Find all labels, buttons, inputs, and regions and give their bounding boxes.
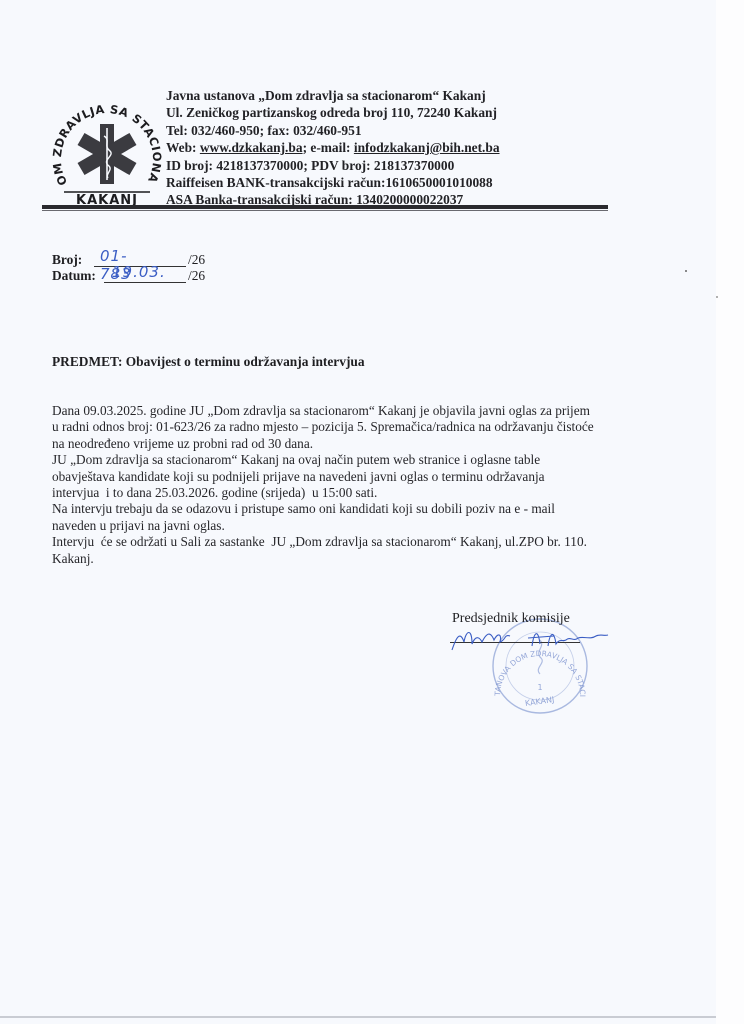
- letterhead: Javna ustanova „Dom zdravlja sa staciona…: [166, 87, 500, 209]
- letter-body: Dana 09.03.2025. godine JU „Dom zdravlja…: [52, 403, 692, 567]
- institution-logo: JU DOM ZDRAVLJA SA STACIONAROM KAKANJ: [44, 88, 170, 210]
- broj-suffix: /26: [188, 252, 205, 268]
- body-line: Dana 09.03.2025. godine JU „Dom zdravlja…: [52, 403, 692, 419]
- body-line: u radni odnos broj: 01-623/26 za radno m…: [52, 419, 692, 435]
- body-line: obavještava kandidate koji su podnijeli …: [52, 469, 692, 485]
- body-line: JU „Dom zdravlja sa stacionarom“ Kakanj …: [52, 452, 692, 468]
- bank-account-raiffeisen: Raiffeisen BANK-transakcijski račun:1610…: [166, 174, 500, 191]
- body-line: na neodređeno vrijeme uz probni rad od 3…: [52, 436, 692, 452]
- datum-suffix: /26: [188, 268, 205, 284]
- scan-speck: [716, 296, 718, 298]
- institution-web-email: Web: www.dzkakanj.ba; e-mail: infodzkaka…: [166, 139, 500, 156]
- web-link[interactable]: www.dzkakanj.ba: [200, 140, 303, 155]
- scan-speck: [685, 270, 687, 272]
- web-label: Web:: [166, 140, 200, 155]
- datum-label: Datum:: [52, 268, 96, 284]
- subject-line: PREDMET: Obavijest o terminu održavanja …: [52, 354, 365, 370]
- datum-handwritten-value: 19.03.: [112, 263, 166, 281]
- header-divider-thin: [42, 210, 608, 211]
- body-line: Na intervju trebaju da se odazovu i pris…: [52, 501, 692, 517]
- body-line: Intervju će se održati u Sali za sastank…: [52, 534, 692, 550]
- body-line: naveden u prijavi na javni oglas.: [52, 518, 692, 534]
- institution-ids: ID broj: 4218137370000; PDV broj: 218137…: [166, 157, 500, 174]
- reference-number: Broj: 01-783 /26: [52, 252, 82, 268]
- header-divider: [42, 205, 608, 209]
- scan-edge-right: [716, 0, 744, 1024]
- star-of-life-icon: [78, 124, 137, 184]
- body-line: intervjua i to dana 25.03.2026. godine (…: [52, 485, 692, 501]
- scan-edge-bottom: [0, 1016, 716, 1018]
- institution-phone: Tel: 032/460-950; fax: 032/460-951: [166, 122, 500, 139]
- body-line: Kakanj.: [52, 551, 692, 567]
- reference-date: Datum: 19.03. /26: [52, 268, 96, 284]
- email-link[interactable]: infodzkakanj@bih.net.ba: [354, 140, 500, 155]
- institution-address: Ul. Zeničkog partizanskog odreda broj 11…: [166, 104, 500, 121]
- broj-label: Broj:: [52, 252, 82, 268]
- institution-name: Javna ustanova „Dom zdravlja sa staciona…: [166, 87, 500, 104]
- stamp-number: 1: [537, 683, 542, 692]
- email-label: ; e-mail:: [303, 140, 354, 155]
- handwritten-signature: [444, 620, 614, 660]
- stamp-bottom-text: KAKANJ: [524, 695, 554, 708]
